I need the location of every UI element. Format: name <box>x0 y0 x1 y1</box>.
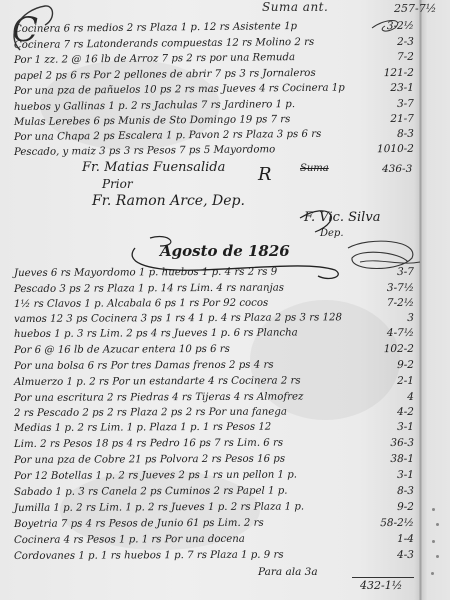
entry-text: Almuerzo 1 p. 2 rs Por un estandarte 4 r… <box>14 375 301 388</box>
ink-bleed <box>431 572 434 575</box>
entry-amount: 3 <box>407 312 414 324</box>
entry-text: Por 12 Botellas 1 p. 2 rs Jueves 2 ps 1 … <box>14 470 297 482</box>
entry-text: Por una pza de Cobre 21 ps Polvora 2 rs … <box>14 454 285 466</box>
entry-text: vamos 12 3 ps Cocinera 3 ps 1 rs 4 1 p. … <box>14 312 342 325</box>
entry-amount: 1-4 <box>397 533 414 545</box>
entry-amount: 4-3 <box>397 549 414 561</box>
entry-text: Por una escritura 2 rs Piedras 4 rs Tije… <box>14 391 303 404</box>
entry-text: 2 rs Pescado 2 ps 2 rs Plaza 2 ps 2 rs P… <box>14 407 287 419</box>
entry-amount: 3-7 <box>397 266 414 278</box>
ledger-entry: Cordovanes 1 p. 1 rs huebos 1 p. 7 rs Pl… <box>14 549 414 567</box>
entry-amount: 3-7½ <box>387 282 414 294</box>
entry-text: Jueves 6 rs Mayordomo 1 p. huebos 1 p. 4… <box>14 267 277 279</box>
carry-to-next-amount: 432-1½ <box>360 579 402 592</box>
entry-amount: 2-1 <box>397 375 414 387</box>
entry-amount: 3-1 <box>397 469 414 481</box>
section-heading-date: Agosto de 1826 <box>160 242 290 260</box>
entry-amount: 7-2½ <box>387 297 414 309</box>
entry-text: 1½ rs Clavos 1 p. Alcabala 6 ps 1 rs Por… <box>14 298 268 310</box>
entry-text: Cocinera 4 rs Pesos 1 p. 1 rs Por una do… <box>14 534 245 546</box>
entry-text: Por 6 @ 16 lb de Azucar entera 10 ps 6 r… <box>14 344 230 356</box>
total-rule <box>352 577 414 578</box>
entry-text: Sabado 1 p. 3 rs Canela 2 ps Cuminos 2 r… <box>14 486 288 498</box>
entry-text: Cordovanes 1 p. 1 rs huebos 1 p. 7 rs Pl… <box>14 550 284 562</box>
entry-amount: 38-1 <box>390 453 414 465</box>
entry-text: Boyetria 7 ps 4 rs Pesos de Junio 61 ps … <box>14 518 264 530</box>
ink-bleed <box>432 508 435 511</box>
carry-to-next-label: Para ala 3a <box>258 566 318 578</box>
entry-amount: 4 <box>407 391 414 403</box>
entry-amount: 4-2 <box>397 406 414 418</box>
entry-amount: 102-2 <box>384 343 414 355</box>
entry-text: Medias 1 p. 2 rs Lim. 1 p. Plaza 1 p. 1 … <box>14 422 271 434</box>
entry-text: Por una bolsa 6 rs Por tres Damas frenos… <box>14 360 274 372</box>
entry-amount: 58-2½ <box>380 517 414 529</box>
entry-amount: 3-1 <box>397 421 414 433</box>
entry-amount: 36-3 <box>390 437 414 449</box>
ink-bleed <box>436 555 439 558</box>
entry-text: Jumilla 1 p. 2 rs Lim. 1 p. 2 rs Jueves … <box>14 501 304 514</box>
ledger-page: Suma ant. 257-7½ C Cocinera 6 rs medios … <box>0 0 450 600</box>
ink-bleed <box>436 523 439 526</box>
entry-text: huebos 1 p. 3 rs Lim. 2 ps 4 rs Jueves 1… <box>14 328 298 340</box>
entry-text: Lim. 2 rs Pesos 18 ps 4 rs Pedro 16 ps 7… <box>14 438 283 450</box>
entry-amount: 9-2 <box>397 359 414 371</box>
entry-text: Pescado 3 ps 2 rs Plaza 1 p. 14 rs Lim. … <box>14 283 284 295</box>
entry-amount: 8-3 <box>397 485 414 497</box>
ink-bleed <box>432 540 435 543</box>
entry-amount: 4-7½ <box>387 327 414 339</box>
entry-amount: 9-2 <box>397 501 414 513</box>
